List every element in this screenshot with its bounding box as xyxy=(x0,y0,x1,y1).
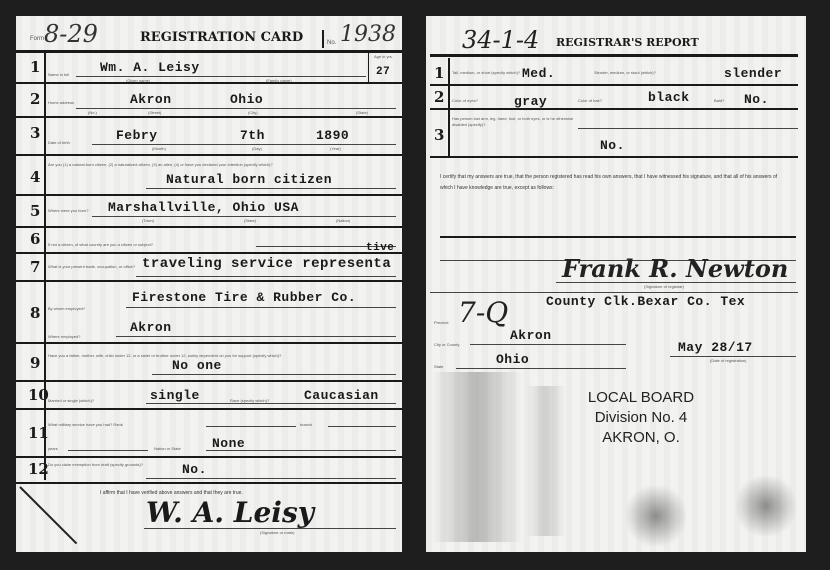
stamp-number: 34-1-4 xyxy=(462,26,539,54)
precinct-value: 7-Q xyxy=(458,296,508,329)
city-value: Akron xyxy=(510,328,552,343)
scan-smudge xyxy=(736,476,796,536)
age-value: 27 xyxy=(376,66,390,78)
employer-value: Firestone Tire & Rubber Co. xyxy=(132,290,356,305)
form-label: Form xyxy=(30,36,44,42)
registration-card: Form 8-29 REGISTRATION CARD No. 1938 1 N… xyxy=(16,16,402,552)
occupation-value: traveling service representa xyxy=(142,256,391,272)
report-title: REGISTRAR'S REPORT xyxy=(556,36,699,49)
no-label: No. xyxy=(327,40,336,46)
card-title: REGISTRATION CARD xyxy=(140,30,303,45)
name-value: Wm. A. Leisy xyxy=(100,60,200,75)
form-number: 8-29 xyxy=(44,20,98,48)
registrar-signature: Frank R. Newton xyxy=(562,254,788,283)
scan-smudge xyxy=(626,486,686,546)
registrars-report: 34-1-4 REGISTRAR'S REPORT 1 Tall, medium… xyxy=(426,16,806,552)
scan-smudge xyxy=(432,372,522,542)
card-number: 1938 xyxy=(340,22,396,47)
corner-cut-diagonal xyxy=(19,486,77,544)
registrant-signature: W. A. Leisy xyxy=(146,496,314,529)
county-note: County Clk.Bexar Co. Tex xyxy=(546,294,745,309)
state-value: Ohio xyxy=(496,352,529,367)
certification-text: I certify that my answers are true, that… xyxy=(440,172,790,194)
citizenship-value: Natural born citizen xyxy=(166,172,332,187)
registration-date: May 28/17 xyxy=(678,340,753,355)
local-board-stamp: LOCAL BOARD Division No. 4 AKRON, O. xyxy=(556,388,726,448)
